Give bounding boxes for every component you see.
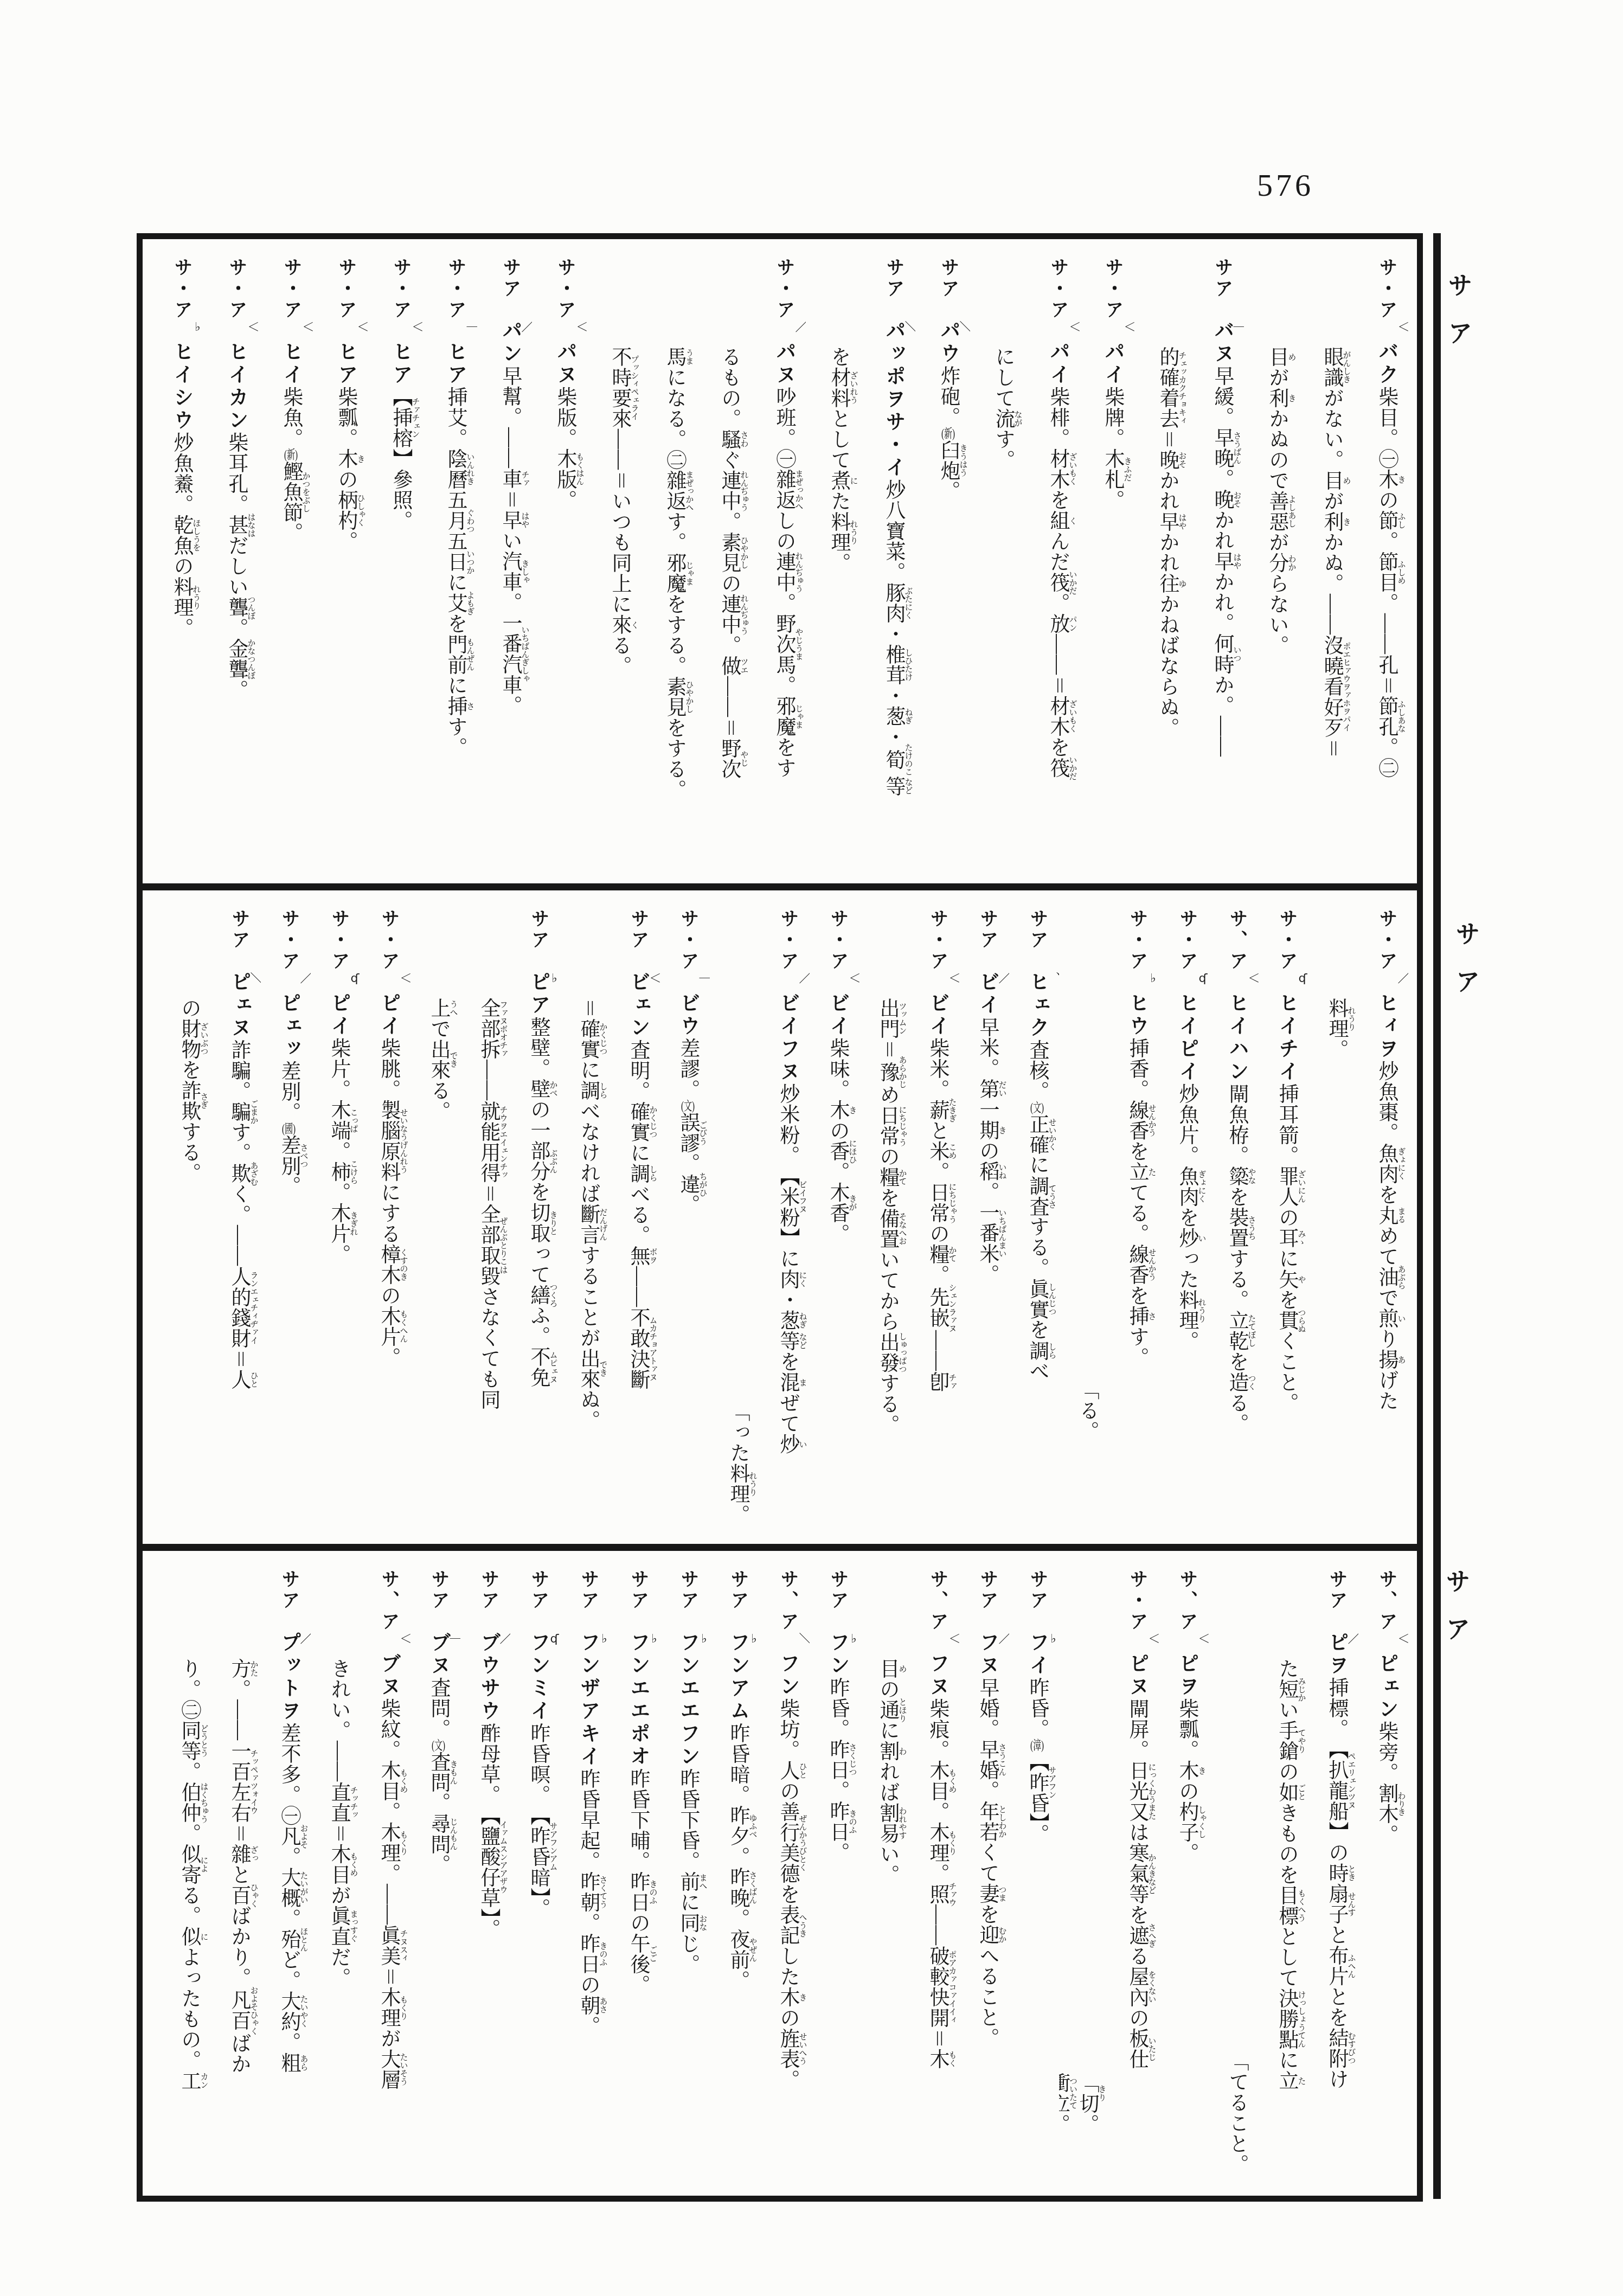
definition-term: 流なが: [992, 408, 1014, 429]
definition-term: 方かた: [228, 1658, 250, 1679]
definition-term: 料理れうり: [727, 1463, 749, 1504]
definition-term: 邪魔じゃま: [773, 696, 795, 737]
headword-prefix-kana: サア: [628, 1569, 648, 1612]
repeat-dash: ――: [1047, 634, 1069, 675]
definition-term: 魚肉ぎょにく: [1176, 1166, 1198, 1207]
entry-definition: 昨昏。(漳)【昨昏サアフン】。: [1026, 1677, 1048, 1844]
headword-gap: [682, 972, 693, 992]
headword-kana: フンエエフン: [677, 1632, 699, 1768]
definition-term: 節ふし: [1375, 510, 1397, 531]
dictionary-continuation-column: た短みじかい手鎗てやりの如ごときものを目標もくへうとして決勝點けっしょうてんに立…: [1259, 1563, 1308, 2188]
entry-definition: きれい。――直直チッチッ＝木目もくめが眞直まっすぐだ。: [328, 1658, 350, 1988]
definition-term: 等など: [777, 1331, 799, 1351]
definition-term: 陰曆いんれき: [444, 448, 466, 490]
headword-gap: [932, 1633, 942, 1653]
tone-mark: ＜: [1246, 972, 1259, 984]
headword-kana: フン: [777, 1653, 799, 1698]
dictionary-entry-column: サアフヌ／早婚。早婚さうこん。年若としわかくて妻つまを迎むかへること。: [959, 1563, 1009, 2188]
entry-headword: サアビェン: [627, 909, 649, 1040]
definition-term: 年若としわか: [976, 1801, 998, 1842]
definition-term: 汽車きしゃ: [499, 551, 521, 592]
headword-gap: [632, 1612, 643, 1632]
definition-term: 先嵌シェンラァヌ: [926, 1285, 948, 1330]
headword-prefix-kana: サア: [1027, 1569, 1047, 1612]
entry-definition: 【挿榕チァチェン】參照。: [389, 387, 412, 531]
scanned-dictionary-page: { "page": { "number": "576", "margin_lab…: [0, 0, 1623, 2296]
definition-term: 大層たいそう: [377, 2049, 400, 2090]
dictionary-entry-column: サ・アヒア｜挿艾。陰曆いんれき五月ぐわつ五日いつかに艾よもぎを門前もんぜんに挿さ…: [422, 251, 477, 876]
entry-definition: 炒魚棗。魚肉ぎょにくを丸まるめて油あぶらで煎いり揚あげた: [1375, 1061, 1397, 1411]
tone-mark: ／: [298, 1632, 311, 1644]
repeat-dash: ――: [608, 429, 631, 470]
headword-prefix-kana: サ、ア: [1376, 1569, 1396, 1633]
tone-mark: ｜: [697, 972, 710, 984]
headword-kana: ヒウ: [1126, 992, 1148, 1038]
tone-mark: ＜: [947, 972, 959, 984]
definition-term: 節目ふしめ: [1375, 551, 1397, 593]
dictionary-entry-column: サ、アブヌ＜柴紋。木目もくめ。木理もくり。――眞美チヌスィ＝木理もくりが大層たい…: [361, 1563, 410, 2188]
dictionary-entry-column: サアフンミイʠ昨昏暝。【昨昏暗サアフンアム】。: [510, 1563, 560, 2188]
definition-term: 不時要來プッシィペェライ: [608, 347, 631, 429]
entry-headword: サ・アヒイチイ: [1275, 909, 1298, 1083]
repeat-dash: ――: [718, 676, 740, 717]
entry-headword: サ・アヒイカン: [225, 258, 247, 432]
definition-term: 出發しゅっぱつ: [876, 1332, 899, 1373]
tone-mark: ＜: [1396, 320, 1408, 332]
definition-term: 筏いかだ: [1047, 758, 1069, 780]
definition-term: 衝立ついたて: [1059, 2073, 1069, 2114]
entry-definition: を材料ざいれうとして煮にた料理れうり。: [827, 347, 850, 573]
tone-mark: ／: [1346, 1632, 1358, 1644]
definition-term: 立乾たてぼし: [1226, 1310, 1248, 1351]
tone-mark: ＜: [1122, 320, 1134, 332]
usage-note: (新): [941, 427, 955, 440]
entry-definition: 炒八寶菜。豚肉ぶたにく・椎茸しひたけ・葱ねぎ・筍たけのこ等など: [882, 479, 904, 797]
dictionary-continuation-column: にして流ながす。: [970, 251, 1025, 876]
headword-prefix-kana: サ・ア: [226, 258, 246, 321]
definition-term: 寒氣等かんきなど: [1126, 1843, 1148, 1904]
entry-definition: 柴牌。木札きふだ。: [1101, 387, 1124, 510]
dictionary-entry-column: サ・アビイフヌ／炒米粉。【米粉ビイフヌ】に肉にく・葱ねぎ等などを混まぜて炒い: [760, 902, 810, 1536]
definition-term: 柿こけら: [328, 1162, 350, 1182]
definition-term: 手鎗てやり: [1275, 1720, 1298, 1761]
entry-headword: サ・アピイ: [377, 909, 400, 1038]
entry-headword: サ、アピェン: [1375, 1569, 1397, 1721]
definition-term: 調査てうさ: [1026, 1176, 1048, 1217]
headword-gap: [504, 300, 515, 320]
definition-term: 切取きりと: [527, 1202, 549, 1243]
entry-headword: サアピヲ: [1325, 1569, 1348, 1677]
definition-term: 罪人ざいにん: [1275, 1166, 1298, 1207]
dictionary-entry-column: サアパウ＼炸砲。(新)臼炮きうはう。: [915, 251, 970, 876]
definition-term: 門前もんぜん: [444, 634, 466, 675]
dictionary-continuation-column: るもの。騷さわぐ連中れんぢゅう。素見ひやかしの連中れんぢゅう。做ツエ――＝野次や…: [696, 251, 751, 876]
definition-term: 全部拆ファヌボオチァ: [477, 998, 499, 1060]
headword-kana: フン: [826, 1632, 849, 1677]
entry-definition: 挿艾。陰曆いんれき五月ぐわつ五日いつかに艾よもぎを門前もんぜんに挿さす。: [444, 387, 466, 758]
definition-term: 節孔ふしあな: [1375, 696, 1397, 737]
definition-term: 木目もくめ: [328, 1844, 350, 1885]
headword-prefix-kana: サア: [628, 909, 648, 951]
entry-definition: 柴味。木きの香にほひ。木香きが。: [826, 1038, 849, 1244]
headword-prefix-kana: サア: [279, 1569, 299, 1612]
definition-term: 邪魔じゃま: [663, 553, 685, 594]
headword-kana: フンザアキイ: [577, 1632, 599, 1768]
dictionary-entry-column: サ・アビイ＜柴米。薪たきぎと米こめ。日常にちじゃうの糧かて。先嵌シェンラァヌ――…: [909, 902, 959, 1536]
tone-mark: ＜: [947, 1632, 959, 1644]
headword-gap: [1216, 300, 1227, 320]
repeat-dash: ――: [377, 1884, 400, 1925]
usage-note: (國): [282, 1123, 296, 1135]
entry-definition: 柴米。薪たきぎと米こめ。日常にちじゃうの糧かて。先嵌シェンラァヌ――卽チァ: [926, 1038, 948, 1392]
definition-term: 百ひゃく: [228, 1885, 250, 1906]
definition-term: 木香きが: [826, 1182, 849, 1223]
definition-term: 伯仲はくちゅう: [178, 1782, 200, 1823]
definition-term: 魚肉ぎょにく: [1375, 1143, 1397, 1184]
definition-term: 似に: [178, 1926, 200, 1947]
definition-term: 善惡よしあし: [1266, 491, 1288, 532]
definition-term: 凡およそ: [278, 1826, 300, 1846]
entry-definition: 柴版。木版もくはん。: [554, 387, 576, 510]
definition-term: 一百左右チッペァツォイウ: [228, 1741, 250, 1823]
dictionary-continuation-column: 目めの通とほりに割われば割易われやすい。: [859, 1563, 909, 2188]
headword-kana: ピェン: [1375, 1653, 1397, 1721]
dictionary-entry-column: サアビイ／早米。第だい一期きの稻いね。一番米いちばんまい。: [959, 902, 1009, 1536]
headword-kana: ピイ: [377, 992, 400, 1038]
tone-mark: ＜: [847, 972, 859, 984]
dictionary-frame: サ・アバク＜柴目。㊀木きの節ふし。節目ふしめ。――孔＝節孔ふしあな。㊁眼識がんし…: [137, 233, 1423, 2202]
headword-kana: ヒイカン: [225, 341, 247, 432]
repeat-dash: ――: [627, 1266, 649, 1307]
headword-gap: [383, 972, 394, 992]
headword-prefix-kana: サ・ア: [1127, 1569, 1147, 1633]
dictionary-entry-column: サ・アピイʠ柴片。木端こっぱ。柿こけら。木片きぎれ。: [311, 902, 361, 1536]
headword-prefix-kana: サア: [977, 1569, 997, 1612]
dictionary-entry-column: サ・アヒイ＜柴魚。(新)鰹魚節かつをぶし。: [258, 251, 313, 876]
definition-term: 壁かべ: [527, 1079, 549, 1099]
entry-definition: 査問。(文)査問きもん。尋問じんもん。: [427, 1677, 450, 1875]
headword-kana: ヒア: [444, 341, 466, 387]
entry-headword: サアパウ: [937, 258, 959, 365]
dictionary-entry-column: サ・アヒイシウ♭炒魚鯗。乾魚ほしうをの料理れうり。: [149, 251, 203, 876]
entry-headword: サアヒェク: [1026, 909, 1048, 1040]
definition-term: 昨日きのふ: [627, 1871, 649, 1913]
headword-kana: バク: [1375, 341, 1397, 387]
definition-term: 一番米いちばんまい: [976, 1202, 998, 1264]
definition-term: 早はや: [1211, 551, 1233, 572]
definition-term: 通とほり: [876, 1699, 899, 1720]
headword-gap: [340, 321, 351, 341]
dictionary-entry-column: サ・アヒイチイʠ挿耳箭。罪人ざいにんの耳みゝに矢やを貫つらぬくこと。: [1259, 902, 1308, 1536]
headword-kana: パヌ: [773, 341, 795, 387]
entry-headword: サアパン: [499, 258, 521, 365]
entry-definition: 閘魚栫。簗やなを裝置さうちする。立乾たてぼしを造つくる。: [1226, 1083, 1248, 1434]
headword-prefix-kana: サア: [478, 1569, 498, 1612]
definition-term: 貫つらぬ: [1275, 1310, 1298, 1331]
definition-term: 就能用得チウヲエイェンチッ: [477, 1101, 499, 1183]
definition-term: 聾つんぼ: [225, 597, 247, 618]
headword-prefix-kana: サ・ア: [336, 258, 356, 321]
headword-kana: パン: [499, 320, 521, 365]
section-bottom: サ、アピェン＜柴旁。割木わりき。サアピヲ／挿標。【扒龍船ペエリェンツヌ】の時とき…: [143, 1551, 1417, 2196]
entry-headword: サ・アパヌ: [554, 258, 576, 387]
headword-kana: ビイ: [976, 971, 998, 1017]
dictionary-entry-column: サ・アヒイカン＜柴耳孔。甚はなはだしい聾つんぼ。金聾かなつんぼ。: [203, 251, 258, 876]
definition-term: 昨日さくじつ: [826, 1739, 849, 1780]
entry-definition: の財物ざいぶつを詐欺さぎする。: [178, 998, 200, 1183]
entry-definition: 差別。(國)差別さべつ。: [278, 1061, 300, 1197]
definition-term: 素見ひやかし: [663, 676, 685, 717]
entry-headword: サアフン: [826, 1569, 849, 1677]
usage-note: (文): [432, 1739, 445, 1752]
definition-term: 木き: [335, 448, 357, 469]
dictionary-entry-column: サ、アピェン＜柴旁。割木わりき。: [1358, 1563, 1408, 2188]
definition-term: 線香せんかう: [1126, 1100, 1148, 1141]
definition-term: 沒曉看好歹ポエヒァウヲァホヲパイ: [1320, 635, 1343, 738]
dictionary-continuation-column: 「った料理れうり。: [710, 902, 760, 1536]
entry-definition: 柴朓。製腦原料せいなうげんれうにする樟木くすのきの木片もくへん。: [377, 1038, 400, 1368]
dictionary-continuation-column: ＝確實かくじつに調しらべなければ斷言だんげんすることが出來できぬ。: [560, 902, 610, 1536]
repeat-dash: ――: [1375, 613, 1397, 655]
entry-headword: サ・アヒイピイ: [1176, 909, 1198, 1083]
definition-term: 繕つくろ: [527, 1285, 549, 1305]
headword-kana: ビイフヌ: [777, 992, 799, 1083]
definition-term: 時とき: [1325, 1863, 1348, 1883]
dictionary-entry-column: サ・アパヌ＜柴版。木版もくはん。: [532, 251, 587, 876]
definition-term: 早はや: [499, 510, 521, 530]
entry-definition: 挿標。【扒龍船ペエリェンツヌ】の時とき扇子せんすと布片ふへんとを結附むすびつけ: [1325, 1677, 1348, 2089]
entry-definition: 「てること。: [1226, 2051, 1248, 2175]
definition-term: 一番汽車いちばんぎしゃ: [499, 613, 521, 695]
definition-term: 木き: [1375, 469, 1397, 490]
definition-term: 前まへ: [677, 1871, 699, 1892]
definition-term: 決勝點けっしょうてん: [1275, 1988, 1298, 2050]
headword-prefix-kana: サア: [528, 909, 548, 951]
dictionary-entry-column: サ・アビイ＜柴味。木きの香にほひ。木香きが。: [810, 902, 859, 1536]
headword-kana: ヒイ: [280, 341, 302, 387]
headword-kana: ピヲ: [1325, 1632, 1348, 1677]
dictionary-entry-column: サ・アビウ｜差謬。(文)誤謬ごびう。違ちがひ。: [660, 902, 710, 1536]
definition-term: 表記へうき: [777, 1904, 799, 1946]
definition-term: 屋內をくない: [1126, 1966, 1148, 2008]
entry-headword: サアフンザアキイ: [577, 1569, 599, 1768]
definition-term: 眞直まっすぐ: [328, 1906, 350, 1947]
entry-definition: 柴瓢。木きの杓子しゃくし。: [1176, 1698, 1198, 1863]
headword-prefix-kana: サ・ア: [1276, 909, 1297, 972]
dictionary-continuation-column: り。㊁同等どうとう。伯仲はくちゅう。似寄による。似によったもの。工カン: [161, 1563, 211, 2188]
repeat-dash: ――: [499, 427, 521, 469]
definition-term: 備置そなへお: [876, 1208, 899, 1249]
definition-term: 雜返まぜっかへ: [773, 469, 795, 510]
dictionary-continuation-column: きれい。――直直チッチッ＝木目もくめが眞直まっすぐだ。: [311, 1563, 361, 2188]
headword-kana: ピア: [527, 971, 549, 1017]
definition-term: 結附むすびつ: [1325, 2028, 1348, 2069]
definition-term: 利き: [1266, 388, 1288, 408]
definition-term: 第だい: [976, 1079, 998, 1099]
definition-term: 眞實しんじつ: [1026, 1279, 1048, 1320]
entry-headword: サ・アビウ: [677, 909, 699, 1038]
definition-term: 組く: [1047, 510, 1069, 531]
dictionary-continuation-column: 料理れうり。: [1308, 902, 1358, 1536]
dictionary-entry-column: サアパン／早幫。――車チァ＝早はやい汽車きしゃ。一番汽車いちばんぎしゃ。: [477, 251, 532, 876]
headword-prefix-kana: サ・ア: [1127, 909, 1147, 972]
tone-mark: ♭: [747, 1632, 760, 1646]
headword-prefix-kana: サア: [938, 258, 958, 300]
headword-prefix-kana: サ、ア: [1177, 1569, 1197, 1633]
dictionary-entry-column: サアフン♭昨昏。昨日さくじつ。昨日きのふ。: [810, 1563, 859, 2188]
headword-kana: ブヌ: [427, 1632, 450, 1677]
definition-term: 豚肉ぶたにく: [882, 582, 904, 624]
tone-mark: ʠ: [1296, 972, 1308, 985]
definition-term: 扇子せんす: [1325, 1883, 1348, 1925]
dictionary-entry-column: サ・アパヌ／吵班。㊀雜返まぜっかへしの連中れんぢゅう。野次馬やじうま。邪魔じゃま…: [751, 251, 806, 876]
definition-term: 「切きり: [1076, 2073, 1098, 2114]
dictionary-entry-column: サ・アパイ＜柴棑。材木ざいもくを組くんだ筏いかだ。放パン――＝材木ざいもくを筏い…: [1025, 251, 1080, 876]
usage-note: (漳): [1030, 1739, 1044, 1752]
entry-definition: 早幫。――車チァ＝早はやい汽車きしゃ。一番汽車いちばんぎしゃ。: [499, 365, 521, 716]
definition-term: 誤謬ごびう: [677, 1112, 699, 1153]
definition-term: 詐欺さぎ: [178, 1080, 200, 1121]
headword-prefix-kana: サ・ア: [281, 258, 301, 321]
definition-term: 車チァ: [499, 469, 521, 489]
definition-term: 雜ざっ: [228, 1844, 250, 1864]
tone-mark: 、: [1047, 972, 1059, 984]
definition-term: 木理もくり: [377, 1822, 400, 1863]
headword-gap: [333, 972, 344, 992]
entry-headword: サ・アヒア: [389, 258, 412, 387]
entry-headword: サアビイ: [976, 909, 998, 1017]
dictionary-entry-column: サ・アパイ＜柴牌。木札きふだ。: [1080, 251, 1134, 876]
definition-term: 立た: [1275, 2070, 1298, 2091]
tone-mark: ＜: [300, 320, 313, 332]
dictionary-entry-column: サアビェン＜査明。確實かくじつに調しらべる。無ボヲ――不敢決斷ムカチョアトァヌ: [610, 902, 660, 1536]
definition-term: 朝あさ: [577, 1995, 599, 2016]
definition-term: 材木ざいもく: [1047, 696, 1069, 737]
headword-kana: バヌ: [1211, 320, 1233, 365]
tone-mark: ♭: [847, 1632, 859, 1646]
definition-term: 揚あ: [1375, 1349, 1397, 1370]
dictionary-continuation-column: を材料ざいれうとして煮にた料理れうり。: [806, 251, 861, 876]
definition-term: 早婚さうこん: [976, 1739, 998, 1780]
entry-headword: サ・アパイ: [1101, 258, 1124, 387]
tone-mark: ♭: [647, 1632, 660, 1646]
definition-term: 野次馬やじうま: [773, 613, 795, 675]
definition-term: 割わ: [876, 1741, 899, 1761]
definition-term: 木札きふだ: [1101, 448, 1124, 490]
entry-definition: 眼識がんしきがない。目めが利きかぬ。――沒曉看好歹ポエヒァウヲァホヲパイ＝: [1320, 347, 1343, 759]
definition-term: 昨日きのふ: [826, 1801, 849, 1842]
entry-headword: サ、アブヌ: [377, 1569, 400, 1698]
tone-mark: ʠ: [1196, 972, 1209, 985]
margin-guide-label-middle: サア: [1446, 921, 1484, 1016]
entry-definition: 挿香。線香せんかうを立たてる。線香せんかうを挿さす。: [1126, 1038, 1148, 1368]
definition-term: 昨晚さくばん: [727, 1867, 749, 1908]
entry-definition: 柴耳孔。甚はなはだしい聾つんぼ。金聾かなつんぼ。: [225, 432, 247, 700]
repeat-dash: ――: [328, 1741, 350, 1782]
headword-gap: [1107, 321, 1118, 341]
definition-term: 調しら: [577, 1080, 599, 1101]
definition-term: 木理もくり: [926, 1822, 948, 1863]
definition-term: 炒い: [1176, 1228, 1198, 1248]
entry-headword: サ・アビイフヌ: [777, 909, 799, 1083]
entry-definition: 整壁。壁かべの一部分ぶぶんを切取きりとって繕つくろふ。不免ムピェヌ: [527, 1017, 549, 1388]
entry-headword: サアフンエエポオ: [627, 1569, 649, 1768]
headword-prefix-kana: サア: [827, 1569, 848, 1612]
definition-term: 割易われやす: [876, 1803, 899, 1844]
entry-definition: 炒米粉。【米粉ビイフヌ】に肉にく・葱ねぎ等などを混まぜて炒い: [777, 1083, 799, 1454]
definition-term: 裝置さうち: [1226, 1207, 1248, 1248]
definition-term: 目め: [1266, 347, 1288, 367]
entry-definition: 上うへで出來できる。: [427, 998, 450, 1121]
definition-term: 何時いつ: [1211, 633, 1233, 675]
definition-term: 木き: [1176, 1760, 1198, 1781]
headword-gap: [285, 321, 296, 341]
definition-term: 夜前やぜん: [727, 1929, 749, 1970]
entry-headword: サアバヌ: [1211, 258, 1233, 365]
headword-gap: [888, 300, 899, 320]
definition-term: 早晚さうばん: [1211, 427, 1233, 469]
definition-term: 木理もくり: [377, 1987, 400, 2028]
tone-mark: ＜: [398, 1632, 410, 1644]
repeat-dash: ――: [228, 1225, 250, 1266]
definition-term: 割木わりき: [1375, 1783, 1397, 1824]
definition-term: 昨朝さくてう: [577, 1871, 599, 1913]
headword-kana: ブウサウ: [477, 1632, 499, 1723]
definition-term: 雜返まぜっかへ: [663, 470, 685, 511]
definition-term: 無ボヲ: [627, 1246, 649, 1266]
definition-term: 部分ぶぶん: [527, 1140, 549, 1182]
dictionary-entry-column: サアブウサウ／酢母草。【鹽酸仔草イァムスンアアザウ】。: [460, 1563, 510, 2188]
definition-term: 簗やな: [1226, 1166, 1248, 1187]
dictionary-continuation-column: 方かた。――一百左右チッペァツォイウ＝雜ざっと百ひゃくばかり。凡百およそひゃくば…: [211, 1563, 261, 2188]
definition-term: 挿さ: [1126, 1306, 1148, 1326]
headword-prefix-kana: サア: [1027, 909, 1047, 951]
headword-prefix-kana: サア: [500, 258, 520, 300]
entry-definition: 早米。第だい一期きの稻いね。一番米いちばんまい。: [976, 1017, 998, 1285]
headword-prefix-kana: サ・ア: [927, 909, 947, 972]
dictionary-continuation-column: 全部拆ファヌボオチァ――就能用得チウヲエイェンチッ＝全部取毀ぜんぶとりこはさなく…: [460, 902, 510, 1536]
tone-mark: ＼: [958, 320, 970, 332]
definition-term: 尋問じんもん: [427, 1813, 450, 1855]
entry-headword: サアフンエエフン: [677, 1569, 699, 1768]
dictionary-entry-column: サ・アピヌ＜閘屏。日光又にっくわうまたは寒氣等かんきなどを遮さへぎる屋內をくない…: [1109, 1563, 1159, 2188]
entry-headword: サ、アピヲ: [1176, 1569, 1198, 1698]
definition-term: 素見ひやかし: [718, 532, 740, 573]
headword-gap: [176, 321, 187, 341]
definition-term: 連中れんぢゅう: [773, 551, 795, 593]
definition-term: 目め: [876, 1658, 899, 1679]
definition-term: 財物ざいぶつ: [178, 1018, 200, 1060]
definition-term: 確實かくじつ: [577, 1018, 599, 1060]
definition-term: 來く: [608, 614, 631, 635]
definition-term: 目め: [1320, 470, 1343, 491]
headword-gap: [483, 1612, 493, 1632]
headword-prefix-kana: サ・ア: [445, 258, 465, 321]
headword-gap: [283, 972, 294, 992]
tone-mark: ／: [793, 320, 806, 332]
headword-prefix-kana: サア: [1212, 258, 1232, 300]
dictionary-continuation-column: 不時要來プッシィペェライ――＝いつも同上に來くる。: [587, 251, 641, 876]
entry-definition: 炒魚鯗。乾魚ほしうをの料理れうり。: [170, 432, 193, 638]
definition-term: 木版もくはん: [554, 448, 576, 490]
entry-definition: にして流ながす。: [992, 347, 1014, 470]
dictionary-entry-column: サ・アヒア＜柴瓢。木きの柄杓ひしゃく。: [313, 251, 368, 876]
tone-mark: ＜: [398, 972, 410, 984]
definition-term: 木もく: [926, 2049, 948, 2069]
entry-headword: サ・アヒイ: [280, 258, 302, 387]
dictionary-entry-column: サアヒェク、査核。(文)正確せいかくに調査てうさする。眞實しんじつを調しらべ: [1009, 902, 1059, 1536]
dictionary-entry-column: サ、アフヌ＜柴痕。木目もくめ。木理もくり。照チァウ――破較快開ポアカァコァイイィ…: [909, 1563, 959, 2188]
